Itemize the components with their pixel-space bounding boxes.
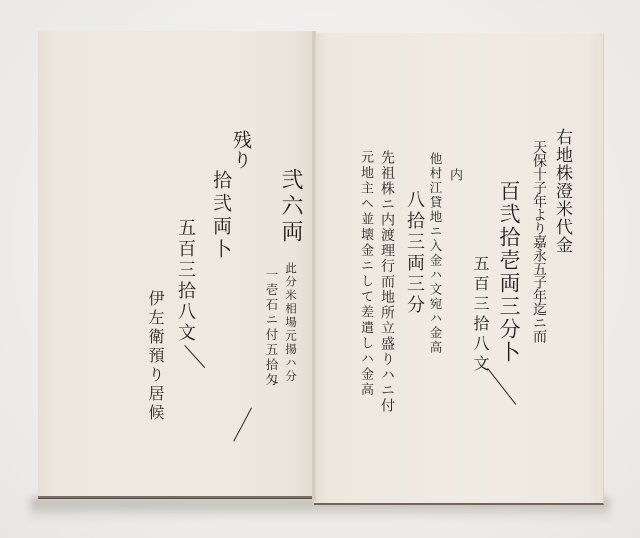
left-col-7: 伊左衛預り居候 (144, 290, 167, 423)
right-col-4: 五百三拾八文 (469, 255, 492, 375)
right-col-5-uchi: 内 (445, 168, 464, 182)
right-col-9: 元地主ヘ並壊金ニして差遣しハ金高 (356, 150, 375, 398)
left-col-5: 拾弐両卜 (208, 170, 235, 262)
left-col-2: 此分米相場元揚ハ分 (283, 262, 299, 384)
left-col-1: 弐六両 (275, 168, 306, 246)
open-ledger-book: 右地株澄米代金 天保十子年より嘉永五子年迄ニ而 百弐拾壱両三分卜 五百三拾八文 … (0, 0, 640, 538)
left-col-4: 残り (228, 130, 255, 170)
right-col-2: 天保十子年より嘉永五子年迄ニ而 (529, 140, 549, 343)
right-col-3: 百弐拾壱両三分卜 (494, 180, 524, 364)
right-col-1: 右地株澄米代金 (550, 128, 575, 254)
right-col-8: 先祖株ニ内渡理行而地所立盛りハニ付 (377, 150, 397, 414)
left-col-6: 五百三拾八文 (172, 218, 198, 344)
book-spine (312, 31, 316, 501)
right-col-6: 他村江貸地ニ入金ハ文宛ハ金高 (426, 152, 444, 355)
left-col-3: 一壱石ニ付五拾匁 (262, 268, 280, 388)
right-col-7: 八拾三両三分 (401, 190, 427, 316)
